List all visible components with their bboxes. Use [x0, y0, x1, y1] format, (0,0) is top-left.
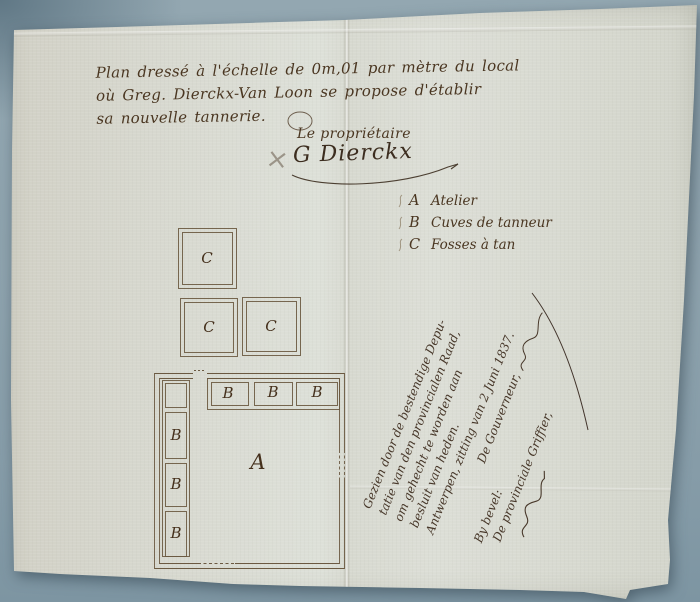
cuve-top-3-label: B	[311, 383, 322, 401]
scanned-document-page: Plan dressé à l'échelle de 0m,01 par mèt…	[0, 0, 700, 602]
proprietor-signature: G Dierckx	[293, 139, 414, 168]
door-right-dashed	[340, 450, 345, 480]
plan-title: Plan dressé à l'échelle de 0m,01 par mèt…	[95, 54, 526, 130]
cuve-left-0	[166, 384, 187, 408]
cuve-top-2-label: B	[267, 383, 278, 401]
top-fold-crease	[13, 25, 697, 36]
cuve-left-3-label: B	[170, 524, 181, 542]
legend-key: A	[409, 190, 431, 212]
room-c2-label: C	[203, 318, 214, 336]
legend-key: C	[409, 234, 431, 256]
legend: A Atelier B Cuves de tanneur C Fosses à …	[396, 190, 552, 256]
floor-plan-drawing	[150, 224, 360, 574]
legend-key: B	[409, 212, 431, 234]
atelier-label: A	[250, 450, 265, 474]
provincial-approval-note: Gezien door de bestendige Depu- tatie va…	[359, 255, 617, 569]
paper-sheet: Plan dressé à l'échelle de 0m,01 par mèt…	[0, 0, 700, 602]
legend-row-atelier: A Atelier	[396, 190, 552, 212]
legend-label: Fosses à tan	[431, 234, 515, 256]
room-c1-label: C	[201, 249, 212, 267]
cuve-left-2-label: B	[170, 475, 181, 493]
legend-label: Atelier	[431, 190, 477, 212]
legend-row-cuves: B Cuves de tanneur	[396, 212, 552, 234]
legend-tick-icon	[396, 238, 405, 252]
cuve-top-1-label: B	[222, 384, 233, 402]
room-c3-label: C	[265, 317, 276, 335]
cuve-left-1-label: B	[170, 426, 181, 444]
legend-tick-icon	[396, 194, 405, 208]
paper-sheet-wrapper: Plan dressé à l'échelle de 0m,01 par mèt…	[0, 0, 700, 602]
legend-row-fosses: C Fosses à tan	[396, 234, 552, 256]
legend-label: Cuves de tanneur	[431, 212, 552, 234]
legend-tick-icon	[396, 216, 405, 230]
pencil-x-mark: ×	[264, 143, 291, 177]
